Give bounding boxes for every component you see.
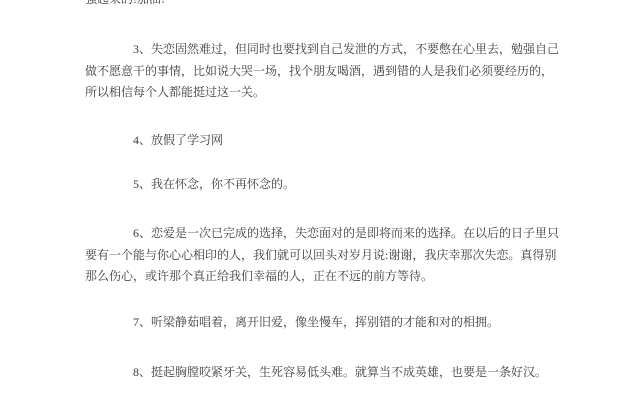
- text-line: 7、听梁静茹唱着，离开旧爱，像坐慢车，挥别错的才能和对的相拥。: [85, 312, 565, 334]
- text-line: 4、放假了学习网: [85, 130, 565, 152]
- text-line: 做不愿意干的事情，比如说大哭一场，找个朋友喝酒，遇到错的人是我们必须要经历的，: [85, 61, 565, 83]
- text-line: 强起来的!加油!: [85, 0, 565, 11]
- document-text-content: 强起来的!加油!3、失恋固然难过，但同时也要找到自己发泄的方式，不要憋在心里去，…: [85, 0, 565, 384]
- document-page: 强起来的!加油!3、失恋固然难过，但同时也要找到自己发泄的方式，不要憋在心里去，…: [0, 0, 640, 400]
- text-line: 那么伤心，或许那个真正给我们幸福的人，正在不远的前方等待。: [85, 266, 565, 288]
- paragraph: 5、我在怀念，你不再怀念的。: [85, 174, 565, 196]
- paragraph: 强起来的!加油!: [85, 0, 565, 11]
- text-line: 8、挺起胸膛咬紧牙关，生死容易低头难。就算当不成英雄，也要是一条好汉。: [85, 362, 565, 384]
- paragraph: 4、放假了学习网: [85, 130, 565, 152]
- text-line: 3、失恋固然难过，但同时也要找到自己发泄的方式，不要憋在心里去，勉强自己: [85, 39, 565, 61]
- paragraph: 3、失恋固然难过，但同时也要找到自己发泄的方式，不要憋在心里去，勉强自己做不愿意…: [85, 39, 565, 104]
- paragraph: 7、听梁静茹唱着，离开旧爱，像坐慢车，挥别错的才能和对的相拥。: [85, 312, 565, 334]
- text-line: 6、恋爱是一次已完成的选择，失恋面对的是即将而来的选择。在以后的日子里只: [85, 223, 565, 245]
- text-line: 5、我在怀念，你不再怀念的。: [85, 174, 565, 196]
- paragraph: 8、挺起胸膛咬紧牙关，生死容易低头难。就算当不成英雄，也要是一条好汉。: [85, 362, 565, 384]
- text-line: 所以相信每个人都能挺过这一关。: [85, 82, 565, 104]
- paragraph: 6、恋爱是一次已完成的选择，失恋面对的是即将而来的选择。在以后的日子里只要有一个…: [85, 223, 565, 288]
- text-line: 要有一个能与你心心相印的人，我们就可以回头对岁月说:谢谢，我庆幸那次失恋。真得别: [85, 245, 565, 267]
